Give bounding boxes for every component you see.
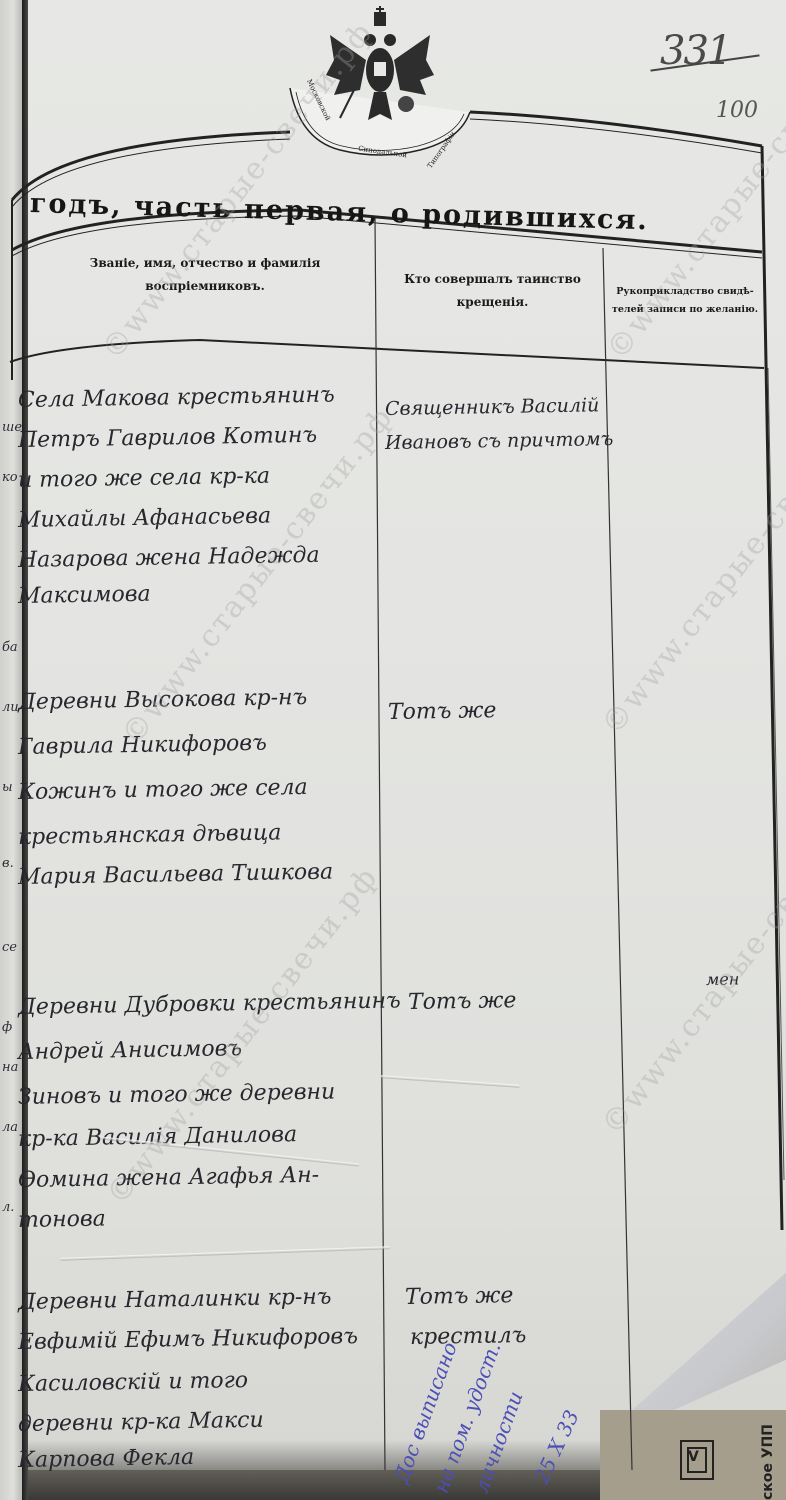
folio-secondary-number: 100 — [716, 98, 758, 123]
godparents-line: Кожинъ и того же села — [18, 775, 308, 805]
officiant-line: Ивановъ съ причтомъ — [385, 428, 614, 454]
officiant-line: крестилъ — [410, 1323, 527, 1350]
godparents-line: деревни кр-ка Макси — [18, 1408, 264, 1437]
left-page-handwriting: ба — [2, 640, 22, 655]
officiant-line: Тотъ же — [388, 698, 497, 725]
column-header-officiant: Кто совершалъ таинство крещенія. — [385, 268, 600, 314]
officiant-line: Тотъ же — [408, 988, 517, 1015]
godparents-line: Михайлы Афанасьева — [18, 504, 272, 533]
godparents-line: Максимова — [18, 582, 151, 609]
v-in-square-logo-icon: V — [680, 1440, 714, 1480]
godparents-line: Карпова Фекла — [18, 1445, 195, 1473]
godparents-line: тонова — [18, 1206, 106, 1233]
left-page-handwriting: ф — [2, 1020, 22, 1035]
cover-stamp-text: ское УПП — [760, 1424, 776, 1500]
godparents-line: Касиловскій и того — [18, 1368, 248, 1397]
godparents-line: и того же села кр-ка — [18, 464, 270, 493]
left-page-handwriting: се — [2, 940, 22, 955]
officiant-line: Тотъ же — [405, 1283, 514, 1310]
godparents-line: Ѳомина жена Агафья Ан- — [18, 1163, 320, 1193]
godparents-line: Петръ Гаврилов Котинъ — [18, 423, 317, 453]
godparents-line: крестьянская дѣвица — [18, 820, 282, 850]
officiant-line: Священникъ Василій — [385, 394, 600, 420]
